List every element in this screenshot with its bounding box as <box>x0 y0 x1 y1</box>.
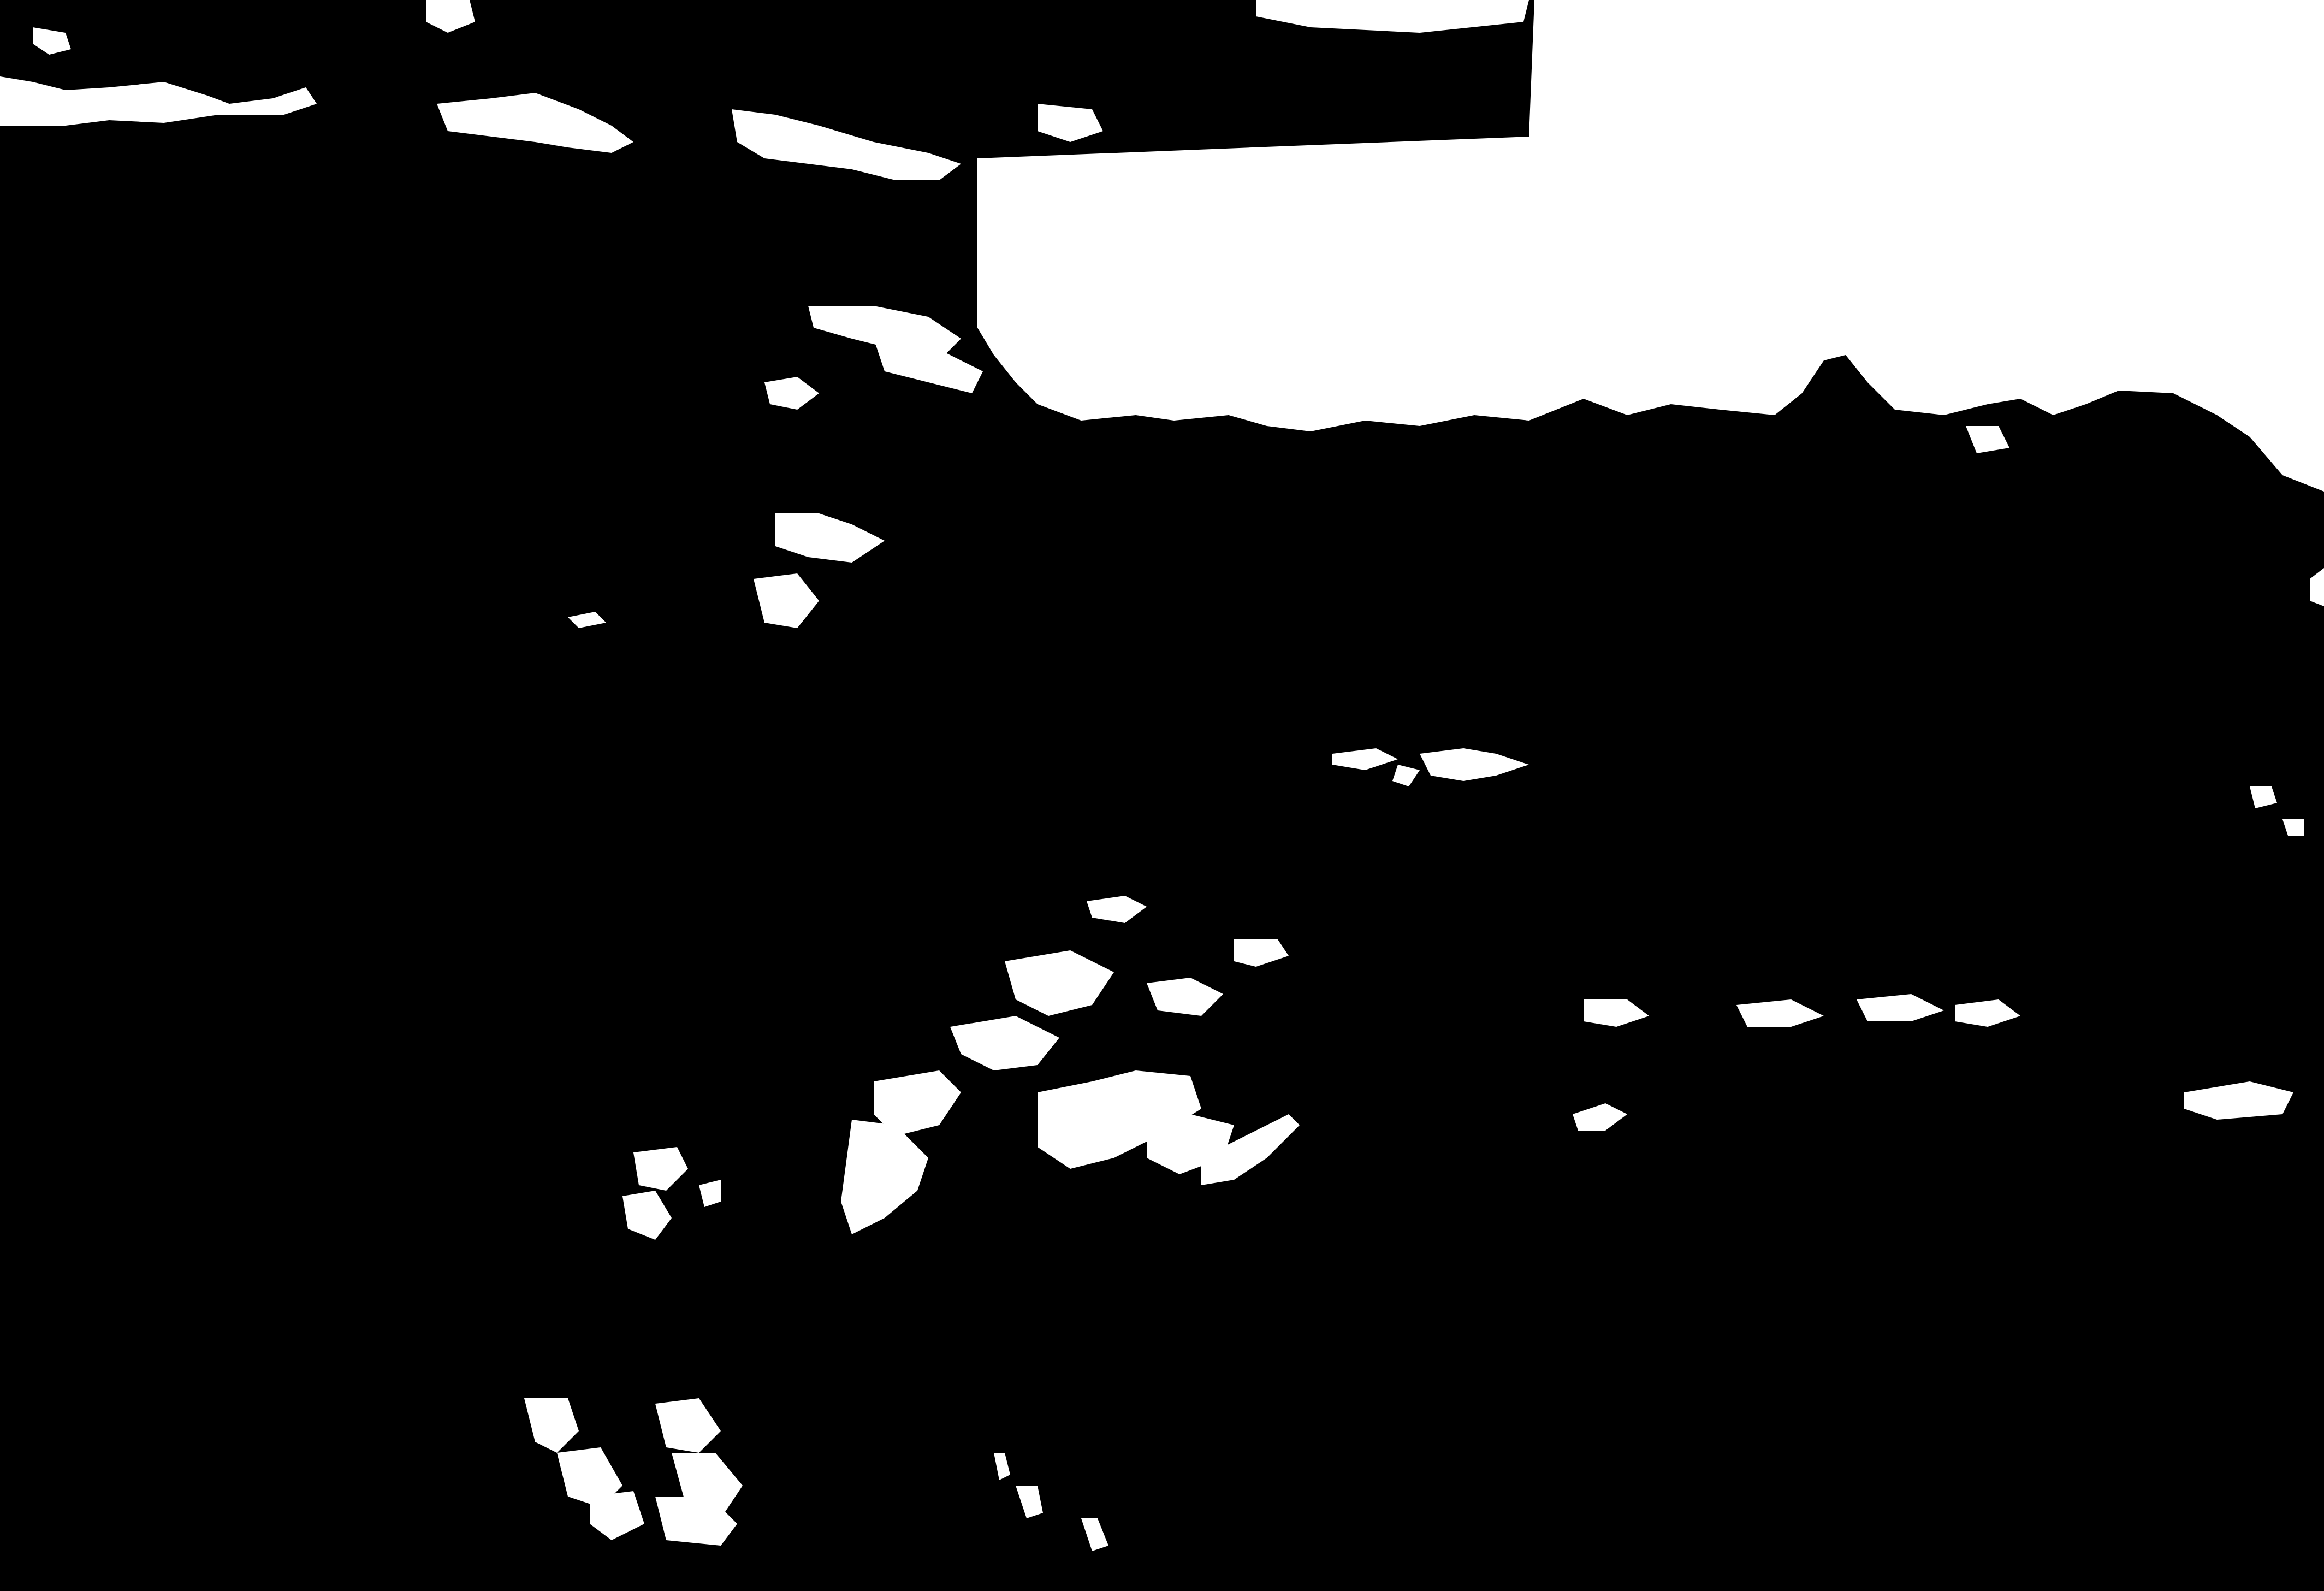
binary-mask-image <box>0 0 2324 1591</box>
